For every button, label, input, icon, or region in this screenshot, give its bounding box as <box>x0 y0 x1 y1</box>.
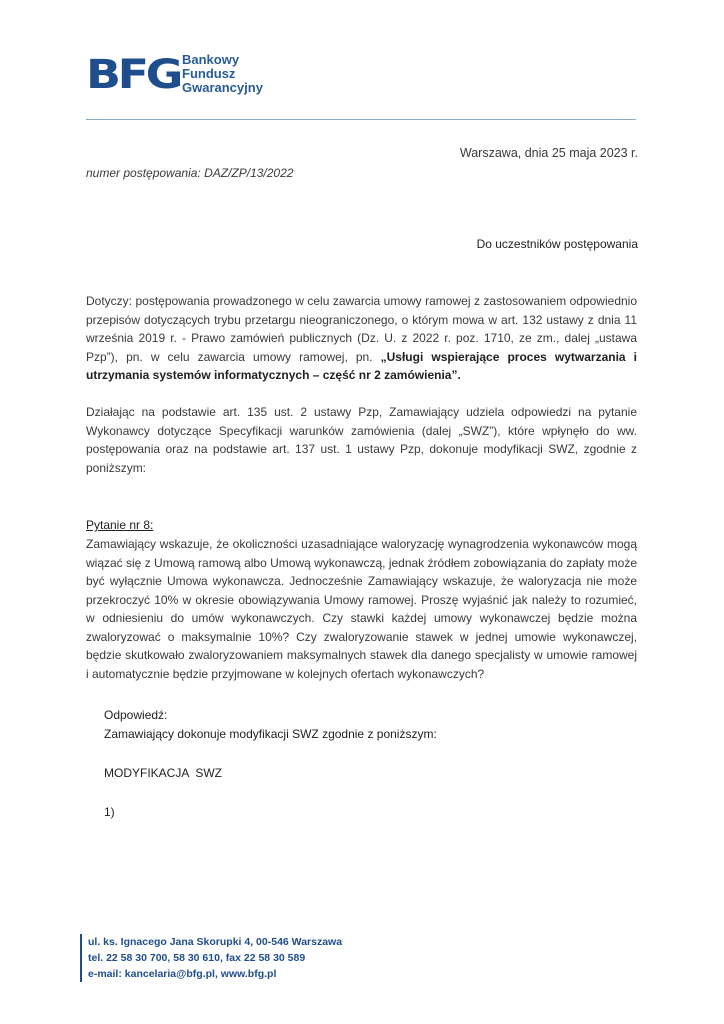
footer-address: ul. ks. Ignacego Jana Skorupki 4, 00-546… <box>88 934 342 950</box>
modification-heading: MODYFIKACJA SWZ <box>104 766 222 780</box>
case-number: numer postępowania: DAZ/ZP/13/2022 <box>86 166 293 180</box>
footer-contact: ul. ks. Ignacego Jana Skorupki 4, 00-546… <box>80 934 342 982</box>
bfg-logo: BFG Bankowy Fundusz Gwarancyjny <box>86 55 168 95</box>
answer-intro: Zamawiający dokonuje modyfikacji SWZ zgo… <box>104 727 437 741</box>
logo-text: Bankowy Fundusz Gwarancyjny <box>182 53 263 95</box>
paragraph-basis: Działając na podstawie art. 135 ust. 2 u… <box>86 403 637 477</box>
item-number: 1) <box>104 805 115 819</box>
question-title: Pytanie nr 8: <box>86 518 153 532</box>
date-line: Warszawa, dnia 25 maja 2023 r. <box>460 146 638 160</box>
logo-mark: BFG <box>86 55 180 95</box>
addressee: Do uczestników postępowania <box>477 237 638 251</box>
paragraph-subject: Dotyczy: postępowania prowadzonego w cel… <box>86 292 637 385</box>
header-divider <box>86 119 636 120</box>
answer-label: Odpowiedź: <box>104 708 167 722</box>
footer-phone: tel. 22 58 30 700, 58 30 610, fax 22 58 … <box>88 950 342 966</box>
footer-email: e-mail: kancelaria@bfg.pl, www.bfg.pl <box>88 966 342 982</box>
question-text: Zamawiający wskazuje, że okoliczności uz… <box>86 535 637 683</box>
